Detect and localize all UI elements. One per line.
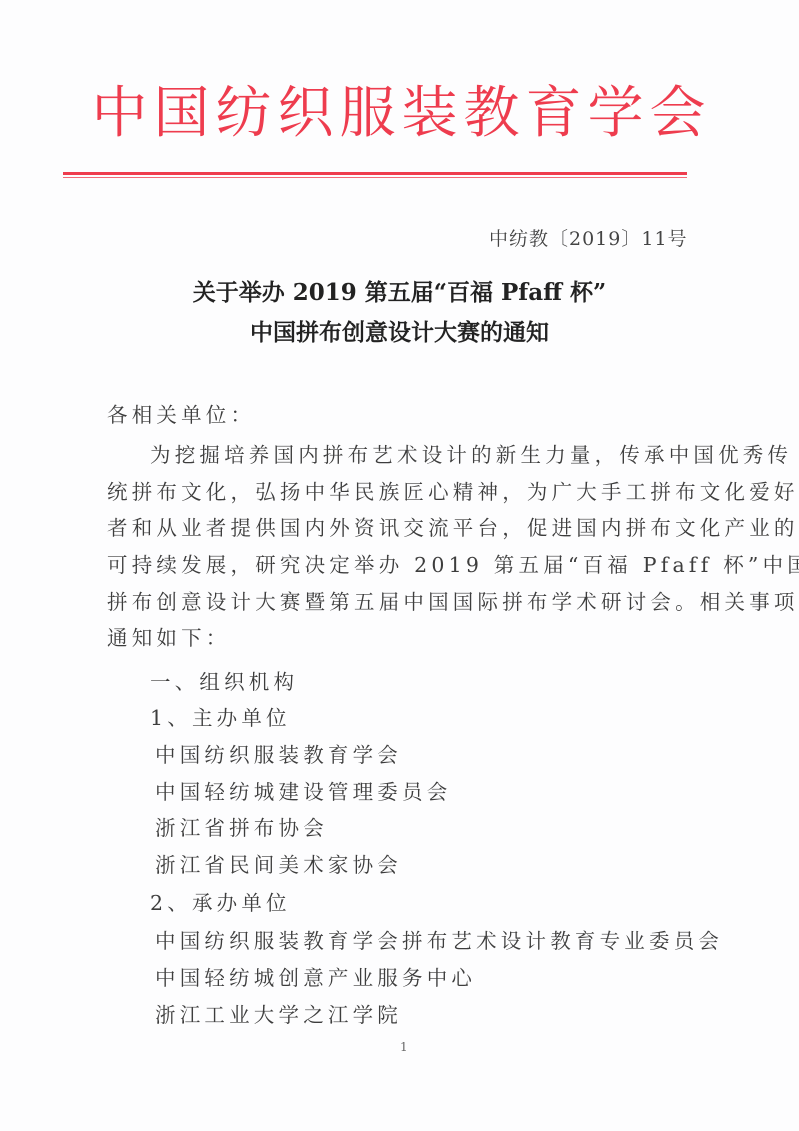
paragraph-line: 为挖掘培养国内拼布艺术设计的新生力量，传承中国优秀传 [150, 441, 792, 469]
host-units-heading: 1、主办单位 [150, 704, 291, 732]
letterhead-organization: 中国纺织服装教育学会 [0, 78, 799, 150]
host-unit-item: 浙江省民间美术家协会 [155, 851, 402, 879]
document-title-line-2: 中国拼布创意设计大赛的通知 [0, 318, 799, 348]
organizer-unit-item: 中国纺织服装教育学会拼布艺术设计教育专业委员会 [155, 927, 723, 955]
section-heading-organization: 一、组织机构 [150, 668, 298, 696]
letterhead-rule-thin [63, 177, 687, 178]
organizer-units-heading: 2、承办单位 [150, 889, 291, 917]
page-number: 1 [400, 1040, 408, 1054]
paragraph-line: 可持续发展，研究决定举办 2019 第五届“百福 Pfaff 杯”中国 [107, 551, 799, 579]
host-unit-item: 浙江省拼布协会 [155, 814, 328, 842]
document-title-line-1: 关于举办 2019 第五届“百福 Pfaff 杯” [0, 278, 799, 308]
organizer-unit-item: 浙江工业大学之江学院 [155, 1001, 402, 1029]
paragraph-line: 者和从业者提供国内外资讯交流平台，促进国内拼布文化产业的 [107, 514, 799, 542]
host-unit-item: 中国纺织服装教育学会 [155, 741, 402, 769]
document-number: 中纺教〔2019〕11号 [489, 227, 688, 251]
host-unit-item: 中国轻纺城建设管理委员会 [155, 778, 451, 806]
letterhead-rule-thick [63, 172, 687, 175]
paragraph-line: 拼布创意设计大赛暨第五届中国国际拼布学术研讨会。相关事项 [107, 588, 799, 616]
paragraph-line: 统拼布文化，弘扬中华民族匠心精神，为广大手工拼布文化爱好 [107, 478, 799, 506]
paragraph-line: 通知如下： [107, 624, 231, 652]
salutation: 各相关单位： [107, 401, 255, 429]
organizer-unit-item: 中国轻纺城创意产业服务中心 [155, 964, 476, 992]
